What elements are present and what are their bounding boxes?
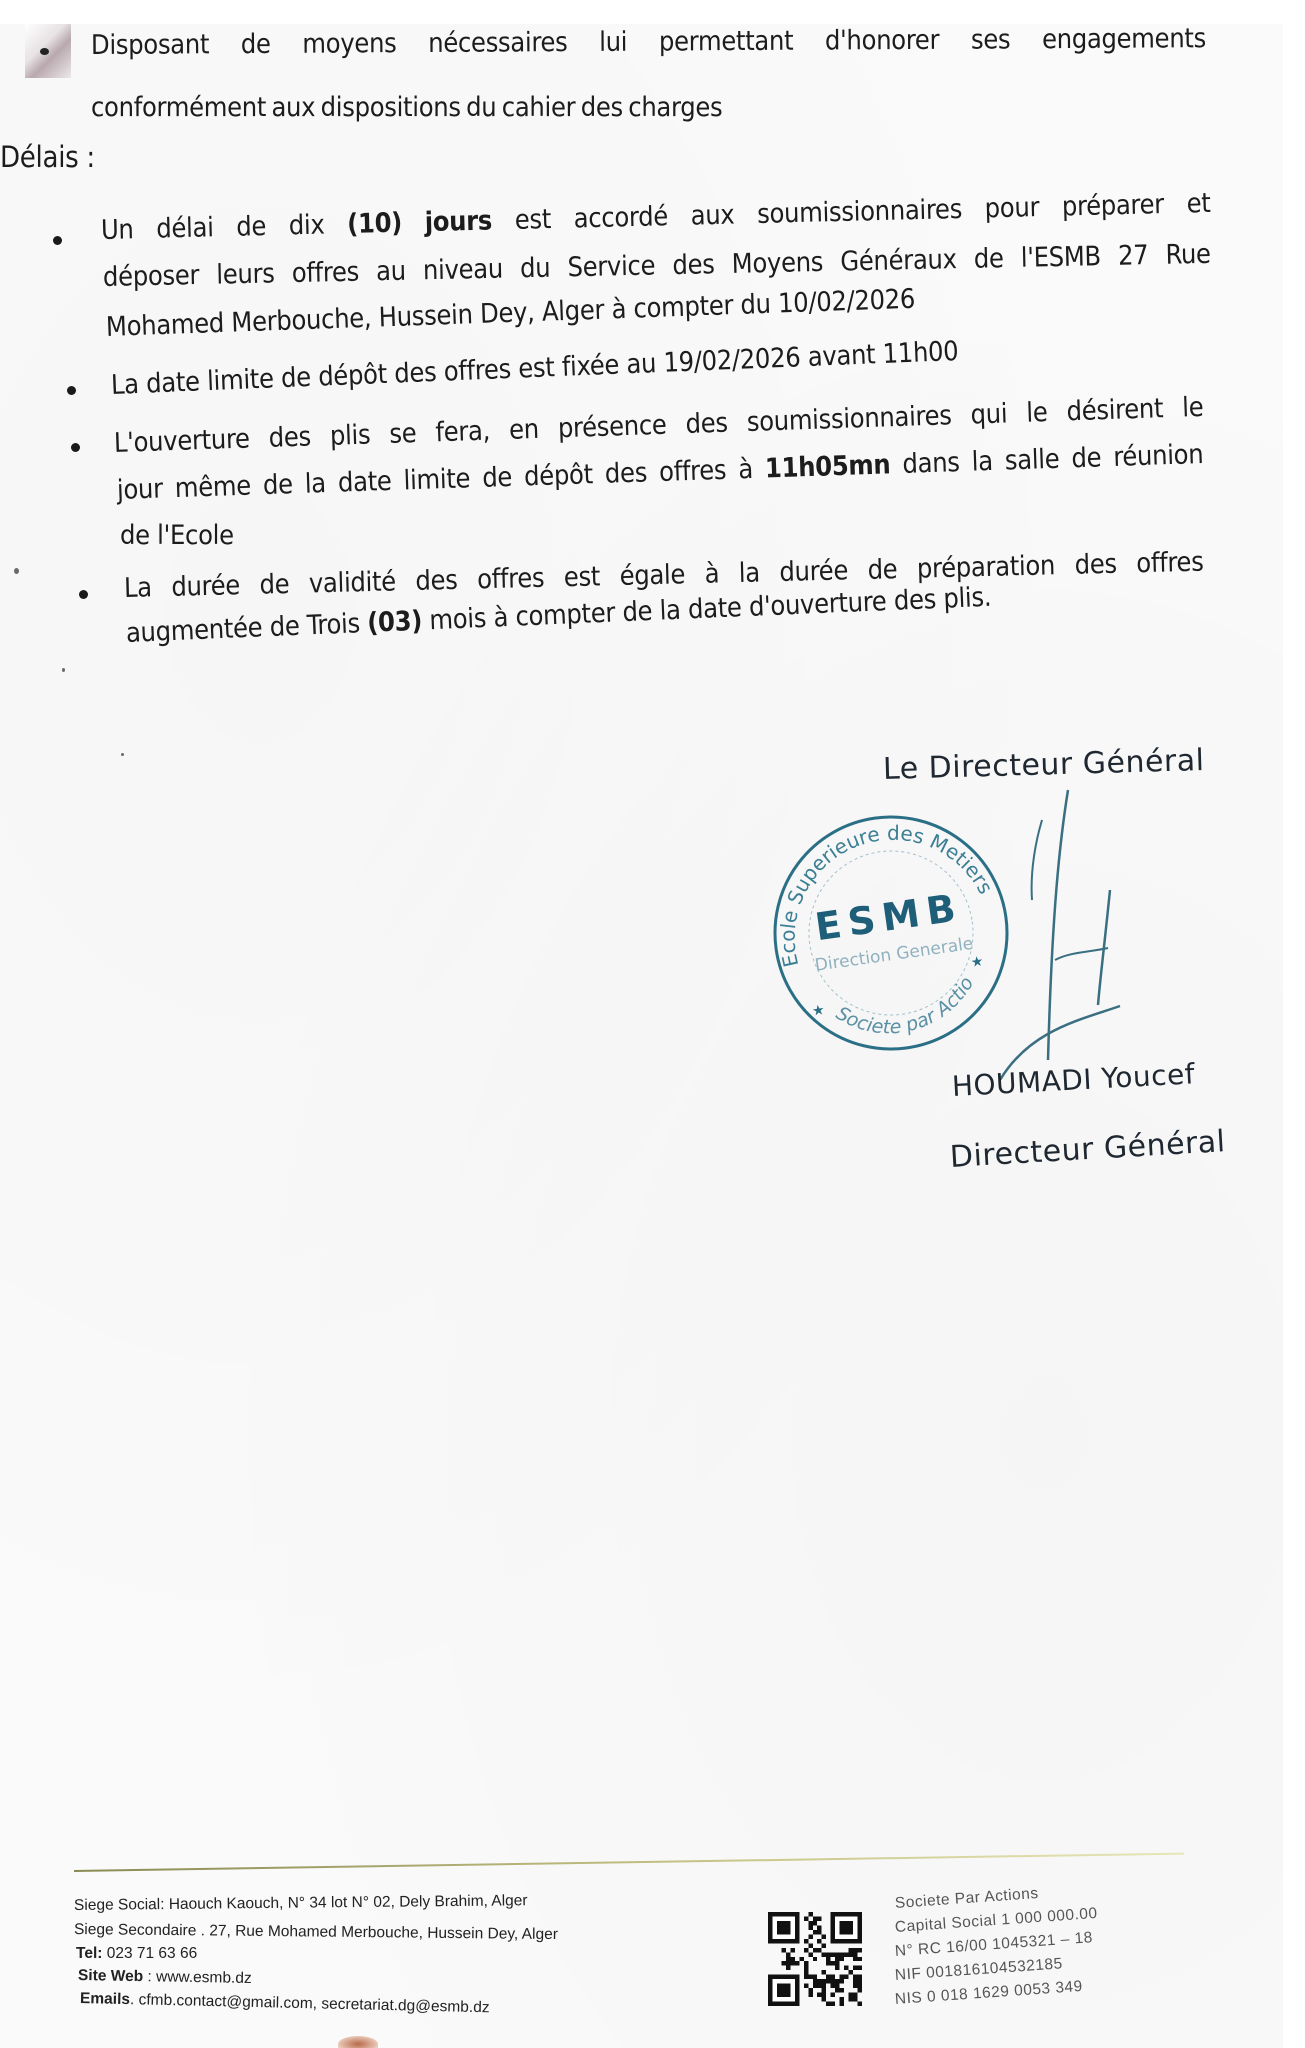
footer-tel: Tel: 023 71 63 66 (76, 1945, 197, 1963)
deadline-bullet-line-1: La date limite de dépôt des offres est f… (110, 336, 959, 401)
signatory-title: Directeur Général (949, 1124, 1226, 1175)
scan-margin-right (1283, 0, 1305, 2048)
footer-siege-social: Siege Social: Haouch Kaouch, N° 34 lot N… (74, 1892, 528, 1915)
delay-bullet-line-2: déposerleursoffresauniveauduServicedesMo… (103, 239, 1211, 293)
bullet-dot (53, 236, 62, 245)
bullet-dot (79, 590, 88, 599)
delay-bullet-line-1: Undélaidedix(10)joursestaccordéauxsoumis… (101, 188, 1211, 246)
qr-code-icon (768, 1910, 862, 2008)
top-bullet-line-1: Disposantdemoyensnécessairesluipermettan… (91, 23, 1206, 61)
footer-website: Site Web : www.esmb.dz (78, 1967, 252, 1988)
top-bullet-line-2: conformément aux dispositions du cahier … (91, 92, 722, 123)
document-page: Disposantdemoyensnécessairesluipermettan… (0, 0, 1305, 2048)
section-heading-delais: Délais : (0, 140, 95, 174)
bullet-dot (71, 443, 80, 452)
email-links[interactable]: . cfmb.contact@gmail.com, secretariat.dg… (130, 1991, 490, 2016)
svg-text:★: ★ (811, 1002, 826, 1020)
website-link[interactable]: : www.esmb.dz (143, 1968, 252, 1987)
bullet-dot (67, 386, 76, 395)
delay-bullet-line-3: Mohamed Merbouche, Hussein Dey, Alger à … (105, 284, 915, 343)
bullet-marker-icon (25, 24, 71, 78)
opening-bullet-line-3: de l'Ecole (120, 520, 234, 551)
scan-artifact (338, 2036, 378, 2048)
footer-divider (74, 1853, 1184, 1872)
handwritten-signature (960, 780, 1140, 1080)
footer-siege-secondaire: Siege Secondaire . 27, Rue Mohamed Merbo… (74, 1921, 558, 1944)
footer-company-info-line: Societe Par Actions (894, 1885, 1039, 1913)
scan-margin-top (0, 0, 1305, 24)
footer-emails: Emails. cfmb.contact@gmail.com, secretar… (80, 1990, 490, 2017)
